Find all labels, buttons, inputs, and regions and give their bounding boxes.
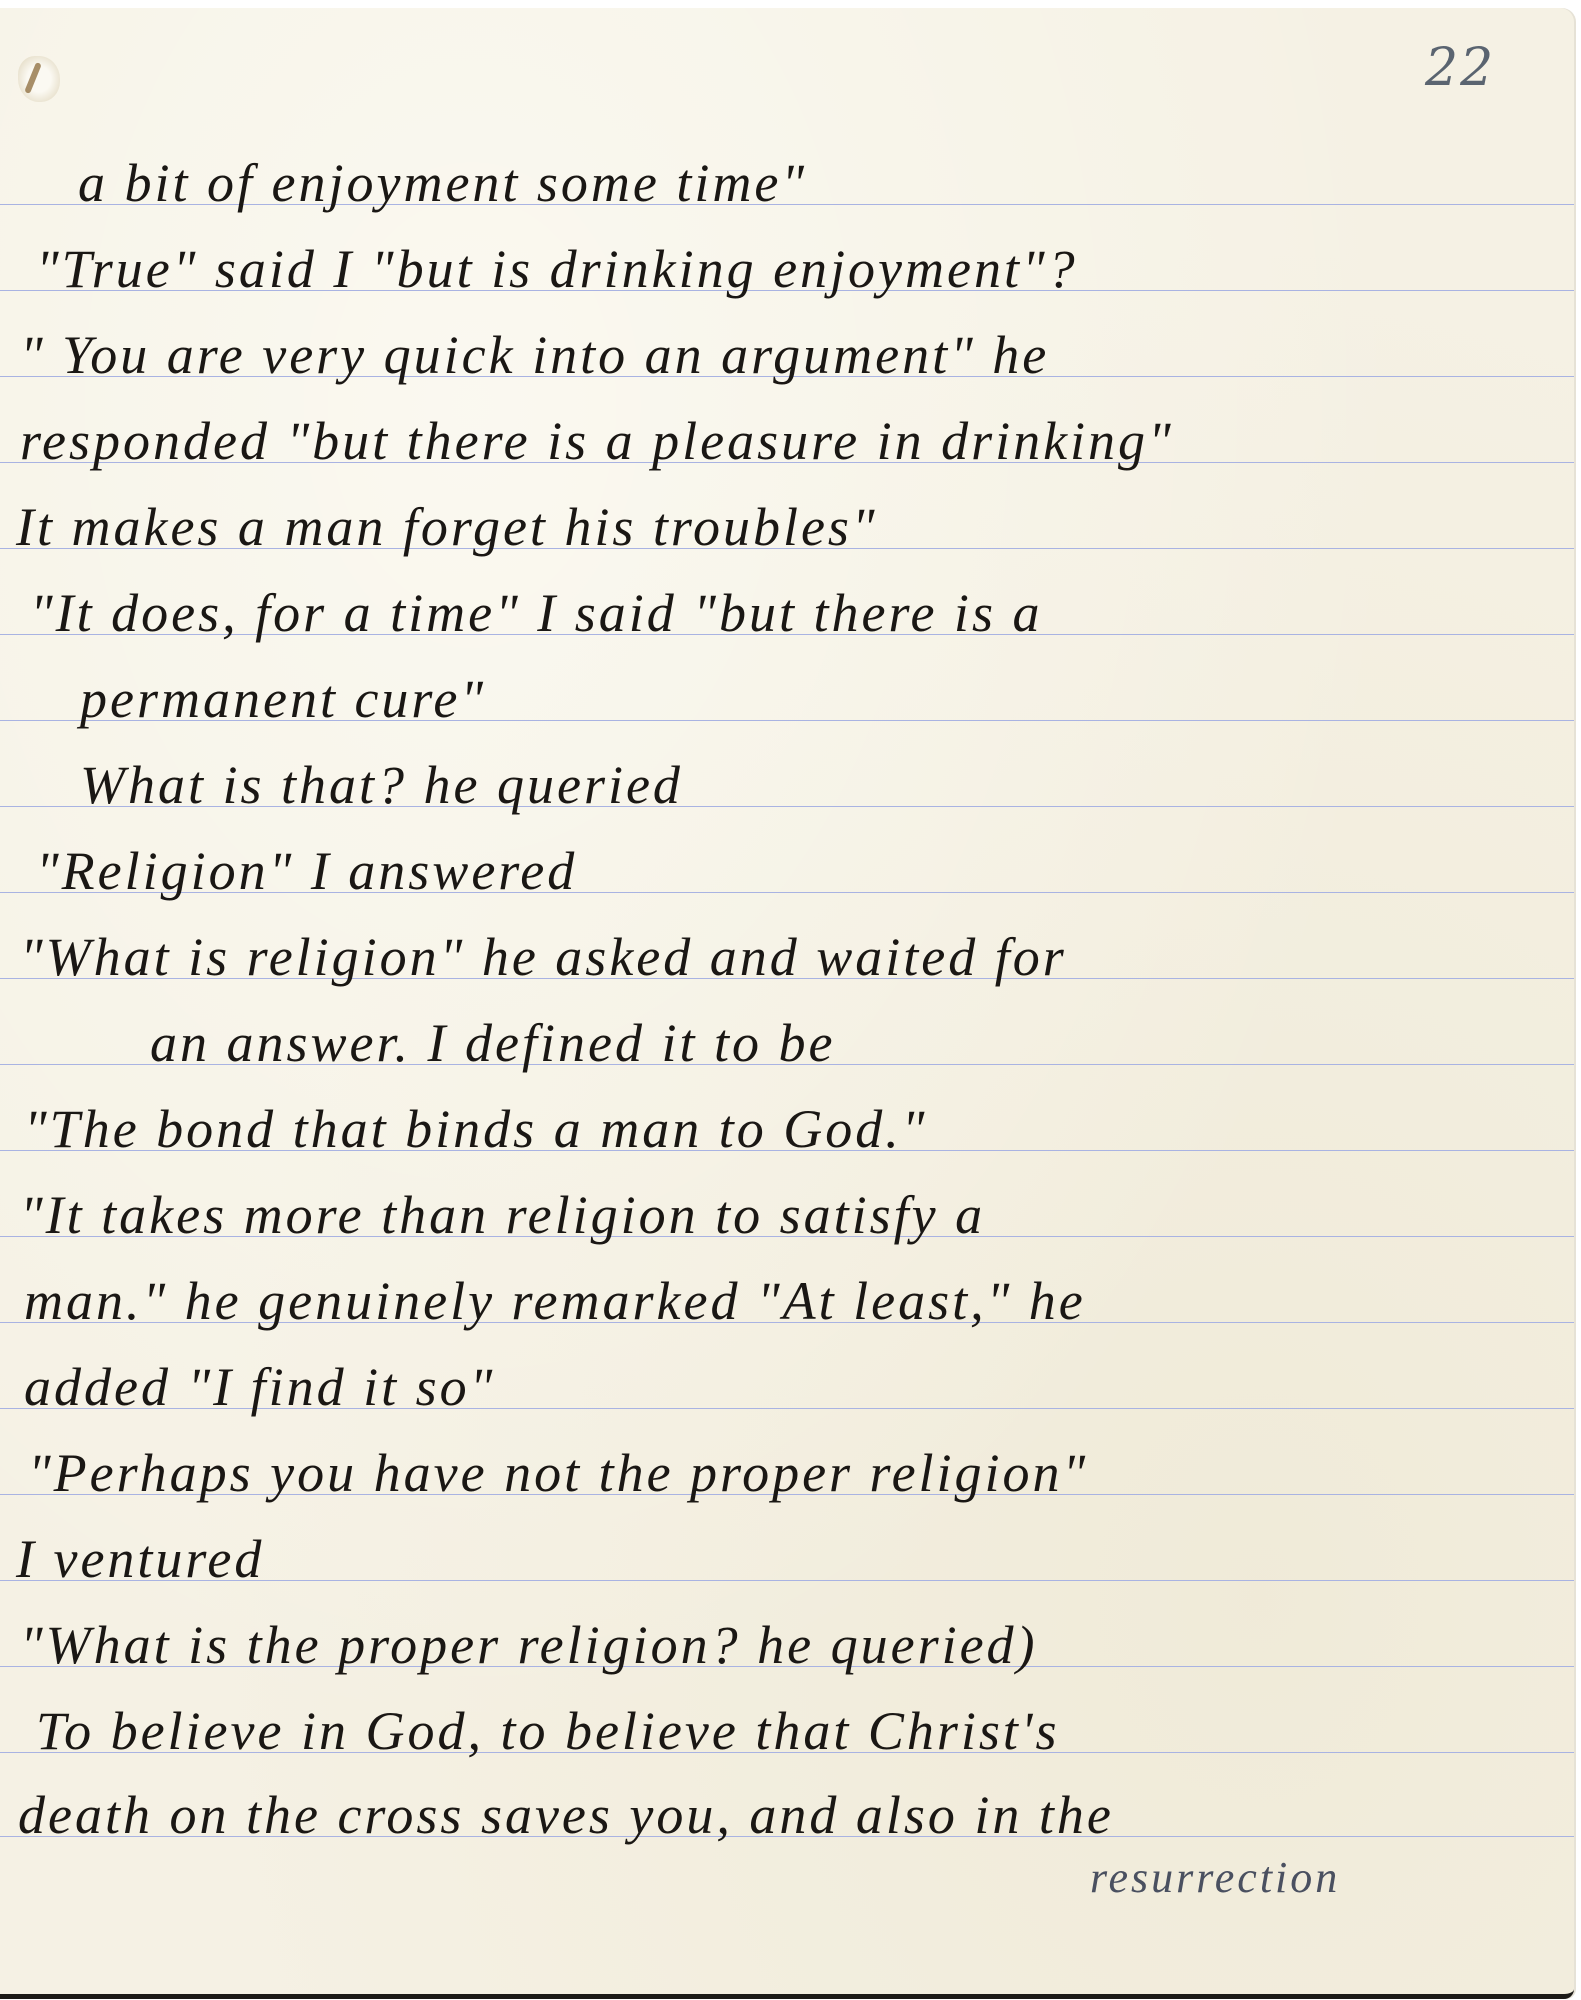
text-line-21: resurrection [1090, 1856, 1340, 1900]
text-line-15: added "I find it so" [24, 1360, 495, 1414]
text-line-2: "True" said I "but is drinking enjoyment… [36, 242, 1078, 296]
text-line-10: "What is religion" he asked and waited f… [20, 930, 1067, 984]
text-line-6: "It does, for a time" I said "but there … [30, 586, 1042, 640]
text-line-11: an answer. I defined it to be [150, 1016, 835, 1070]
manuscript-page: 22 a bit of enjoyment some time" "True" … [0, 8, 1574, 1999]
text-line-14: man." he genuinely remarked "At least," … [24, 1274, 1086, 1328]
text-line-20: death on the cross saves you, and also i… [18, 1788, 1114, 1842]
text-line-5: It makes a man forget his troubles" [16, 500, 878, 554]
text-line-19: To believe in God, to believe that Chris… [36, 1704, 1059, 1758]
text-line-8: What is that? he queried [80, 758, 683, 812]
text-line-9: "Religion" I answered [36, 844, 577, 898]
text-line-4: responded "but there is a pleasure in dr… [20, 414, 1174, 468]
text-line-18: "What is the proper religion? he queried… [20, 1618, 1038, 1672]
text-line-16: "Perhaps you have not the proper religio… [28, 1446, 1088, 1500]
page-number: 22 [1425, 38, 1495, 98]
text-line-7: permanent cure" [80, 672, 486, 726]
text-line-1: a bit of enjoyment some time" [78, 156, 807, 210]
punch-hole-tear [18, 56, 60, 102]
text-line-12: "The bond that binds a man to God." [24, 1102, 927, 1156]
text-line-13: "It takes more than religion to satisfy … [20, 1188, 985, 1242]
text-line-3: " You are very quick into an argument" h… [20, 328, 1049, 382]
text-line-17: I ventured [16, 1532, 264, 1586]
